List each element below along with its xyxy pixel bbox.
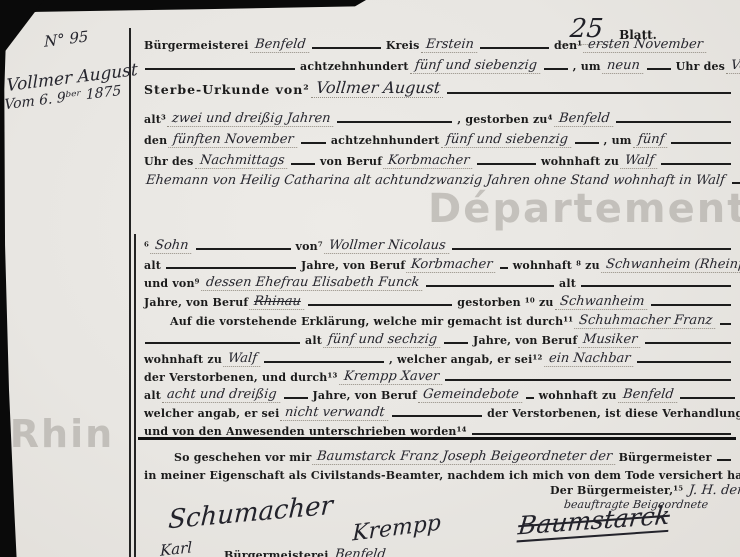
fill-line <box>166 267 296 269</box>
form-line-witness1-residence: wohnhaft zu Walf , welcher angab, er sei… <box>142 350 734 367</box>
der-label: der <box>142 371 167 385</box>
fill-dash <box>291 163 315 165</box>
fill-line <box>392 415 482 417</box>
father-name-entry: Wollmer Nicolaus <box>324 238 450 254</box>
death-place-entry: Benfeld <box>554 111 614 127</box>
wohnhaft-label: wohnhaft zu <box>537 389 619 403</box>
um-label: , um <box>602 134 634 148</box>
form-line-age-deathplace: alt³ zwei und dreißig Jahren , gestorben… <box>142 110 734 127</box>
uhr-label: Uhr des <box>674 60 728 74</box>
fill-line <box>477 163 537 165</box>
form-line-family-note: Ehemann von Heilig Catharina alt achtund… <box>142 171 734 188</box>
alt-label: alt <box>303 334 324 348</box>
witness2-name-entry: Krempp Xaver <box>339 369 444 385</box>
form-line-death-time-occupation: Uhr des Nachmittags von Beruf Korbmacher… <box>142 152 734 169</box>
fill-line <box>426 285 554 287</box>
next-form-mayoralty-line: Bürgermeisterei Benfeld <box>222 546 734 557</box>
archive-watermark-departement: Département <box>428 186 740 232</box>
form-line-year-time: achtzehnhundert fünf und siebenzig , um … <box>142 57 734 74</box>
uhr-label: Uhr des <box>142 155 196 169</box>
mother-death-place-entry: Schwanheim <box>555 294 649 310</box>
mother-name-entry: dessen Ehefrau Elisabeth Funck <box>201 275 424 291</box>
doc-title-label: Sterbe-Urkunde von² <box>142 82 312 98</box>
residence-entry: Walf <box>620 153 659 169</box>
fill-line <box>480 47 549 49</box>
witness1-relation-entry: ein Nachbar <box>544 351 635 367</box>
den-label: den <box>142 134 169 148</box>
scan-edge-top <box>0 0 366 16</box>
witness1-name-entry: Schuhmacher Franz <box>574 313 717 329</box>
form-line-title: Sterbe-Urkunde von² Vollmer August <box>142 76 734 98</box>
fill-line <box>680 397 735 399</box>
father-occupation-entry: Korbmacher <box>407 257 498 273</box>
year-label: achtzehnhundert <box>298 60 411 74</box>
next-mayoralty-entry: Benfeld <box>330 547 390 557</box>
form-line-father-details: alt Jahre, von Beruf Korbmacher wohnhaft… <box>142 256 734 273</box>
fill-line <box>312 47 381 49</box>
archive-watermark-rhin: -Rhin <box>0 412 114 456</box>
form-line-witness1-age: alt fünf und sechzig Jahre, von Beruf Mu… <box>142 331 734 348</box>
district-entry: Erstein <box>421 37 479 53</box>
next-mayoralty-label: Bürgermeisterei <box>222 549 331 557</box>
family-note-entry: Ehemann von Heilig Catharina alt achtund… <box>141 173 729 188</box>
signature-officiant: Baumstarck <box>517 501 672 543</box>
relation-entry: Sohn <box>150 238 193 254</box>
margin-divider-rule <box>129 28 131 557</box>
wohnhaft-label: wohnhaft zu <box>142 353 224 367</box>
fill-dash <box>284 397 308 399</box>
alt-label: alt <box>142 259 163 273</box>
district-label: Kreis <box>384 39 422 53</box>
form-line-mayoralty: Bürgermeisterei Benfeld Kreis Erstein <box>142 36 552 53</box>
witness1-occupation-entry: Musiker <box>579 332 643 348</box>
fill-dash <box>647 68 671 70</box>
day-entry: ersten November <box>583 37 707 53</box>
died-label: , gestorben zu⁴ <box>455 113 554 127</box>
death-hour-entry: fünf <box>633 132 669 148</box>
fill-line <box>651 304 731 306</box>
form-line-relation-father: ⁶ Sohn von⁷ Wollmer Nicolaus <box>142 237 734 254</box>
fill-line <box>145 342 300 344</box>
fill-line <box>337 121 452 123</box>
fill-dash <box>575 142 599 144</box>
alt-label: alt <box>142 389 163 403</box>
wohnhaft-label: wohnhaft zu <box>539 155 621 169</box>
fill-line <box>445 379 731 381</box>
scanned-death-certificate: Département -Rhin N° 95 Vollmer August V… <box>0 0 740 557</box>
margin-divider-rule-2 <box>134 234 136 557</box>
beruf-label: von Beruf <box>318 155 384 169</box>
death-year-entry: fünf und siebenzig <box>441 132 573 148</box>
angab-label: , welcher angab, er sei¹² <box>387 353 545 367</box>
fill-line <box>472 433 731 435</box>
officiant-entry: Baumstarck Franz Joseph Beigeordneter de… <box>313 449 618 465</box>
wohnhaft-label: wohnhaft ⁸ zu <box>511 259 602 273</box>
witness2-residence-entry: Benfeld <box>618 387 678 403</box>
angab-label: welcher angab, er sei <box>142 407 281 421</box>
signature-witness2: Krempp <box>352 510 441 546</box>
fill-line <box>671 142 731 144</box>
jahre-beruf-label: Jahre, von Beruf <box>142 296 250 310</box>
death-daypart-entry: Nachmittags <box>195 153 289 169</box>
witness2-age-entry: acht und dreißig <box>162 387 281 403</box>
signature-witness1: Schumacher <box>168 491 334 536</box>
fill-line <box>732 182 740 184</box>
form-line-not-related: welcher angab, er sei nicht verwandt der… <box>142 404 734 421</box>
um-label: , um <box>571 60 603 74</box>
fill-line <box>308 304 452 306</box>
occupation-entry: Korbmacher <box>383 153 474 169</box>
fill-line <box>645 342 731 344</box>
mayoralty-entry: Benfeld <box>250 37 310 53</box>
fill-line <box>526 397 534 399</box>
fill-line <box>264 361 384 363</box>
form-line-signed: und von den Anwesenden unterschrieben wo… <box>142 422 734 439</box>
year-label: achtzehnhundert <box>329 134 442 148</box>
fill-line <box>581 285 731 287</box>
fill-line <box>447 92 731 94</box>
form-line-mother-details: Jahre, von Beruf Rhinau gestorben ¹⁰ zu … <box>142 293 734 310</box>
fill-line <box>196 248 291 250</box>
alt-label: alt³ <box>142 113 168 127</box>
declaration-intro-label: Auf die vorstehende Erklärung, welche mi… <box>168 315 575 329</box>
fill-line <box>720 323 731 325</box>
fill-line <box>145 68 295 70</box>
gestorben-label: gestorben ¹⁰ zu <box>455 296 555 310</box>
form-line-declaration-intro: Auf die vorstehende Erklärung, welche mi… <box>142 312 734 329</box>
witness2-occupation-entry: Gemeindebote <box>418 387 523 403</box>
form-line-mother: und von⁹ dessen Ehefrau Elisabeth Funck … <box>142 274 734 291</box>
und-von-label: und von⁹ <box>142 277 202 291</box>
fill-line <box>717 459 731 461</box>
form-line-witness2-details: alt acht und dreißig Jahre, von Beruf Ge… <box>142 386 734 403</box>
jahre-beruf-label: Jahre, von Beruf <box>311 389 419 403</box>
fill-line <box>452 248 731 250</box>
geschehen-label: So geschehen vor mir <box>172 451 313 465</box>
witness1-residence-entry: Walf <box>223 351 262 367</box>
jahre-beruf-label: Jahre, von Beruf <box>299 259 407 273</box>
day-label: den¹ <box>552 39 584 53</box>
fill-line <box>637 361 731 363</box>
von-label: von⁷ <box>294 240 325 254</box>
form-line-date: den¹ ersten November <box>552 36 734 53</box>
verstorbenen-label: Verstorbenen, und durch¹³ <box>167 371 339 385</box>
buergermeister-label: Bürgermeister <box>617 451 714 465</box>
jahre-beruf-label: Jahre, von Beruf <box>471 334 579 348</box>
mayoralty-label: Bürgermeisterei <box>142 39 251 53</box>
year-entry: fünf und siebenzig <box>410 58 542 74</box>
fill-dash <box>544 68 568 70</box>
deceased-name-entry: Vollmer August <box>311 78 445 98</box>
witness2-relation-entry: nicht verwandt <box>281 405 390 421</box>
closing-label: der Verstorbenen, ist diese Verhandlung … <box>485 407 740 421</box>
fill-line <box>500 267 508 269</box>
margin-record-number: N° 95 <box>44 27 88 51</box>
hour-entry: neun <box>602 58 644 74</box>
next-form-margin-note: Karl <box>160 538 192 557</box>
age-entry: zwei und dreißig Jahren <box>167 111 335 127</box>
form-line-death-date: den fünften November achtzehnhundert fün… <box>142 131 734 148</box>
fill-line <box>616 121 731 123</box>
fill-line <box>301 142 326 144</box>
witness1-age-entry: fünf und sechzig <box>323 332 442 348</box>
daypart-entry: Vormittags <box>726 58 740 74</box>
signed-label: und von den Anwesenden unterschrieben wo… <box>142 425 469 439</box>
fill-dash <box>444 342 468 344</box>
alt-label: alt <box>557 277 578 291</box>
death-day-entry: fünften November <box>168 132 298 148</box>
fill-line <box>661 163 731 165</box>
father-residence-entry: Schwanheim (Rheinpfalz) <box>601 257 740 273</box>
mother-note-entry: Rhinau <box>250 294 307 310</box>
form-line-geschehen: So geschehen vor mir Baumstarck Franz Jo… <box>142 448 734 465</box>
form-line-witness2: der Verstorbenen, und durch¹³ Krempp Xav… <box>142 368 734 385</box>
